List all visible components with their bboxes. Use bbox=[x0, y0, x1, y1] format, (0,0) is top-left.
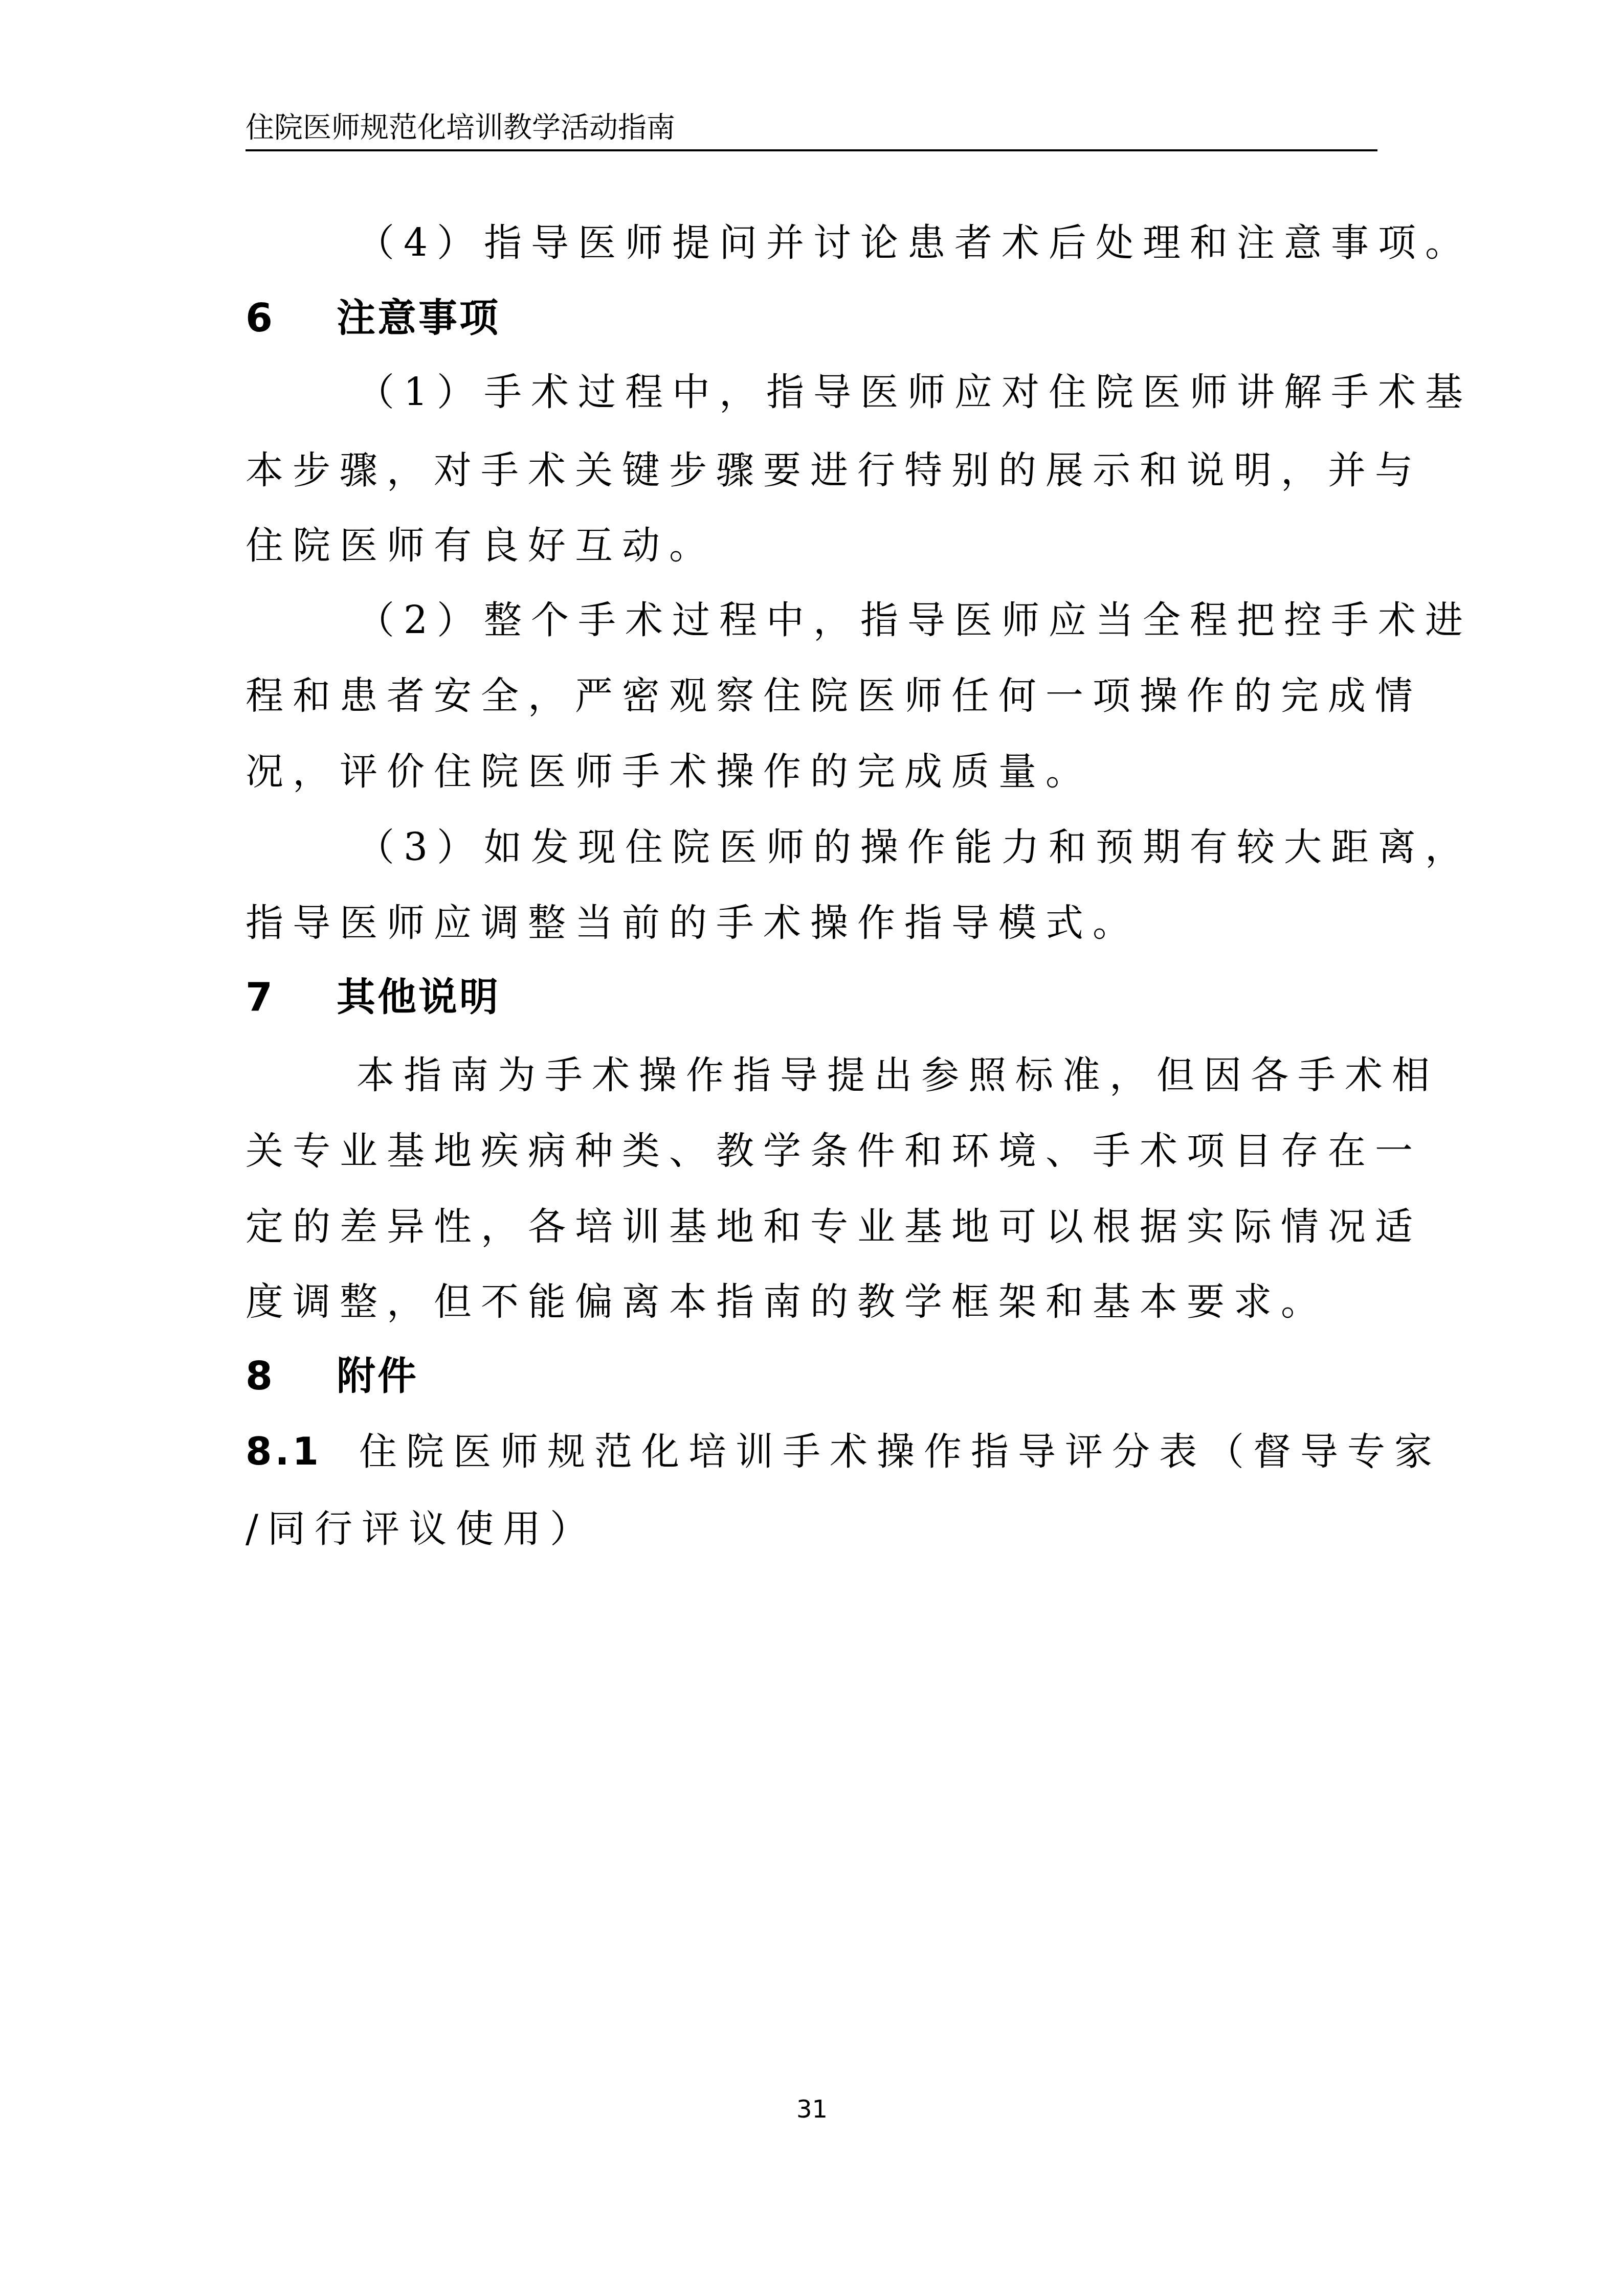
header-rule bbox=[246, 149, 1377, 151]
item-4-line: （4）指导医师提问并讨论患者术后处理和注意事项。 bbox=[357, 215, 1377, 271]
running-header: 住院医师规范化培训教学活动指南 bbox=[246, 107, 1377, 151]
s6-item1-line3: 住院医师有良好互动。 bbox=[246, 517, 1377, 574]
page-number: 31 bbox=[0, 2094, 1624, 2125]
s6-item1-line1: （1）手术过程中，指导医师应对住院医师讲解手术基 bbox=[357, 364, 1377, 420]
section-7-heading: 7其他说明 bbox=[246, 969, 1377, 1025]
section-8-number: 8 bbox=[246, 1348, 337, 1404]
s6-item2-line2: 程和患者安全，严密观察住院医师任何一项操作的完成情 bbox=[246, 668, 1377, 724]
s6-item1-line2: 本步骤，对手术关键步骤要进行特别的展示和说明，并与 bbox=[246, 442, 1377, 499]
header-title: 住院医师规范化培训教学活动指南 bbox=[246, 107, 675, 148]
s8-1-line1: 8.1住院医师规范化培训手术操作指导评分表（督导专家 bbox=[246, 1424, 1377, 1480]
s8-1-line2: /同行评议使用） bbox=[246, 1501, 1377, 1557]
s7-para-line1: 本指南为手术操作指导提出参照标准，但因各手术相 bbox=[357, 1047, 1377, 1104]
s6-item3-line1: （3）如发现住院医师的操作能力和预期有较大距离， bbox=[357, 819, 1377, 875]
s6-item2-line1: （2）整个手术过程中，指导医师应当全程把控手术进 bbox=[357, 592, 1377, 648]
section-8-heading: 8附件 bbox=[246, 1348, 1377, 1404]
s7-para-line2: 关专业基地疾病种类、教学条件和环境、手术项目存在一 bbox=[246, 1123, 1377, 1179]
s7-para-line3: 定的差异性，各培训基地和专业基地可以根据实际情况适 bbox=[246, 1199, 1377, 1255]
section-6-title: 注意事项 bbox=[337, 295, 500, 341]
section-7-title: 其他说明 bbox=[337, 974, 500, 1020]
s8-1-number: 8.1 bbox=[246, 1424, 359, 1480]
s7-para-line4: 度调整，但不能偏离本指南的教学框架和基本要求。 bbox=[246, 1274, 1377, 1330]
section-6-heading: 6注意事项 bbox=[246, 290, 1377, 346]
s6-item2-line3: 况，评价住院医师手术操作的完成质量。 bbox=[246, 744, 1377, 800]
section-8-title: 附件 bbox=[337, 1353, 418, 1399]
s6-item3-line2: 指导医师应调整当前的手术操作指导模式。 bbox=[246, 895, 1377, 951]
section-7-number: 7 bbox=[246, 969, 337, 1025]
s8-1-title: 住院医师规范化培训手术操作指导评分表（督导专家 bbox=[359, 1430, 1441, 1474]
section-6-number: 6 bbox=[246, 290, 337, 346]
